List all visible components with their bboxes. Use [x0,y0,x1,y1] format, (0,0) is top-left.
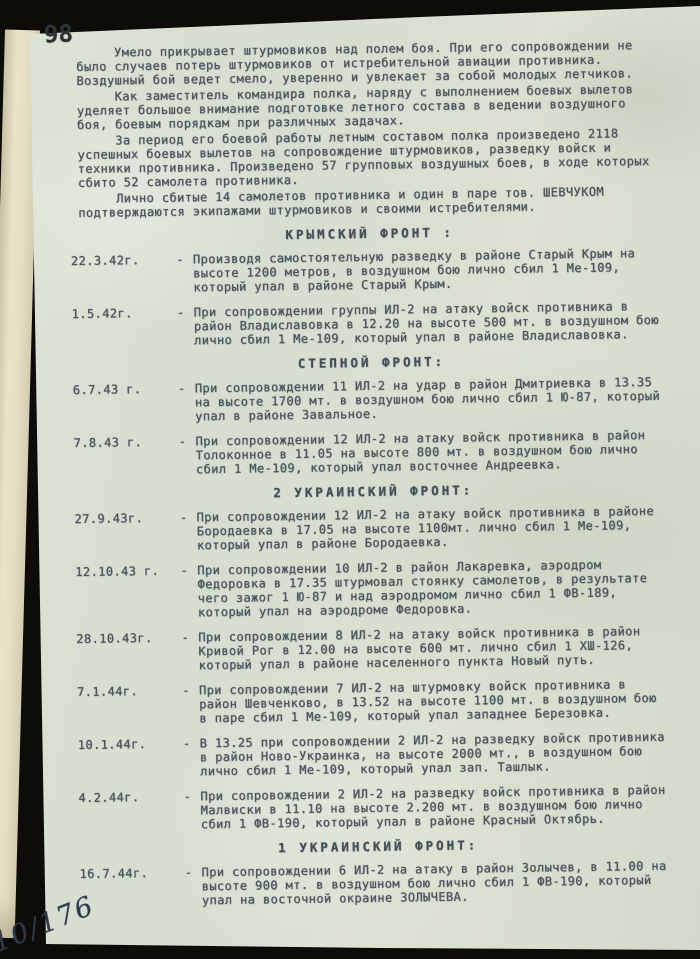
section-title-stepnoy-front: СТЕПНОЙ ФРОНТ: [80,352,662,374]
entry-date: 16.7.44г. [79,866,176,909]
typewritten-content: Умело прикрывает штурмовиков над полем б… [76,38,670,920]
combat-entry: 10.1.44г. - В 13.25 при сопровождении 2 … [86,730,669,780]
intro-paragraph: Как заместитель командира полка, наряду … [77,82,660,132]
entry-date: 10.1.44г. [78,737,175,780]
combat-entry: 4.2.44г. - При сопровождении 2 ИЛ-2 на р… [86,783,669,833]
entry-dash: - [168,305,195,347]
entry-dash: - [167,252,194,294]
intro-paragraph: Умело прикрывает штурмовиков над полем б… [76,38,659,88]
entry-date: 4.2.44г. [78,790,175,833]
entry-dash: - [175,865,202,907]
entry-text: В 13.25 при сопровождении 2 ИЛ-2 на разв… [200,730,669,779]
intro-paragraph: За период его боевой работы летным соста… [77,126,660,190]
section-title-krymsky-front: КРЫМСКИЙ ФРОНТ : [79,223,661,245]
combat-entry: 16.7.44г. - При сопровождении 6 ИЛ-2 на … [87,859,670,909]
entry-date: 6.7.43 г. [73,382,170,425]
entry-text: При сопровождении 2 ИЛ-2 на разведку вой… [200,783,669,832]
entry-dash: - [173,683,200,725]
entry-dash: - [169,434,196,476]
entry-dash: - [174,789,201,831]
entry-dash: - [172,630,199,672]
combat-entry: 1.5.42г. - При сопровождении группы ИЛ-2… [80,299,663,349]
entry-text: При сопровождении 6 ИЛ-2 на атаку в райо… [201,859,670,908]
entry-date: 28.10.43г. [76,631,173,674]
section-title-2-ukrainsky-front: 2 УКРАИНСКИЙ ФРОНТ: [82,481,664,503]
entry-text: При сопровождении 12 ИЛ-2 на атаку войск… [195,428,664,477]
combat-entry: 6.7.43 г. - При сопровождении 11 ИЛ-2 на… [81,375,664,425]
combat-entry: 22.3.42г. - Производя самостоятельную ра… [79,246,662,296]
entry-text: При сопровождении 7 ИЛ-2 на штурмовку во… [199,677,668,726]
entry-text: При сопровождении 10 ИЛ-2 в район Лакаре… [197,557,666,620]
combat-entry: 28.10.43г. - При сопровождении 8 ИЛ-2 на… [84,624,667,674]
page-number: 98 [44,20,74,49]
combat-entry: 7.8.43 г. - При сопровождении 12 ИЛ-2 на… [81,428,664,478]
entry-text: При сопровождении 11 ИЛ-2 на удар в райо… [195,375,664,424]
intro-paragraph: Лично сбитые 14 самолетов противника и о… [78,184,660,220]
section-title-1-ukrainsky-front: 1 УКРАИНСКИЙ ФРОНТ: [87,836,669,858]
entry-date: 7.8.43 г. [73,435,170,478]
entry-date: 7.1.44г. [77,684,174,727]
entry-text: При сопровождении группы ИЛ-2 на атаку в… [194,299,663,348]
entry-text: При сопровождении 8 ИЛ-2 на атаку войск … [198,624,667,673]
entry-dash: - [171,563,198,619]
entry-dash: - [174,736,201,778]
document-page: Умело прикрывает штурмовиков над полем б… [0,0,700,959]
combat-entry: 12.10.43 г. - При сопровождении 10 ИЛ-2 … [83,557,666,621]
entry-dash: - [169,381,196,423]
entry-dash: - [170,510,197,552]
entry-date: 27.9.43г. [75,511,172,554]
combat-entry: 7.1.44г. - При сопровождении 7 ИЛ-2 на ш… [85,677,668,727]
combat-entry: 27.9.43г. - При сопровождении 12 ИЛ-2 на… [83,504,666,554]
entry-date: 22.3.42г. [71,253,168,296]
scan-background: { "colors": { "scan_background": "#0d0c0… [0,0,700,959]
entry-text: При сопровождении 12 ИЛ-2 на атаку войск… [196,504,665,553]
entry-date: 1.5.42г. [72,306,169,349]
entry-text: Производя самостоятельную разведку в рай… [193,246,662,295]
entry-date: 12.10.43 г. [75,564,172,621]
